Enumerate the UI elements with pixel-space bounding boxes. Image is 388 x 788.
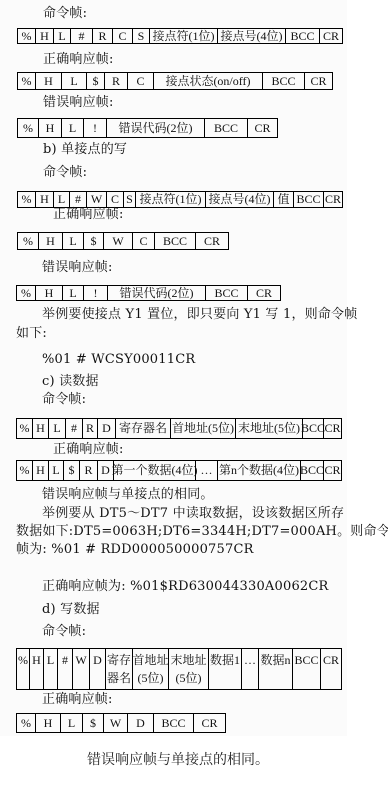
section-heading-read-data: c) 读数据 <box>42 374 99 390</box>
cell-text: # <box>62 652 68 670</box>
frame-cell: # <box>70 192 87 207</box>
frame-cell: H <box>33 461 49 480</box>
correct-response-label: 正确响应帧: <box>53 442 124 458</box>
cell-text: L <box>47 652 54 670</box>
frame-cell: W <box>104 233 133 249</box>
frame-cell: % <box>17 649 30 689</box>
frame-cell: # <box>71 29 93 43</box>
error-response-note: 错误响应帧与单接点的相同。 <box>87 752 269 768</box>
frame-cell: % <box>18 119 39 137</box>
frame-cell: R <box>105 73 128 89</box>
frame-cell: L <box>63 286 84 300</box>
command-frame-label: 命令帧: <box>43 6 87 22</box>
frame-cell: $ <box>84 233 104 249</box>
frame-cell: H <box>36 73 62 89</box>
example-paragraph-line: 如下: <box>16 326 47 342</box>
frame-cell: H <box>36 29 54 43</box>
frame-cell: BCC <box>293 649 321 689</box>
frame-cell: C <box>113 29 133 43</box>
frame-cell: $ <box>87 73 105 89</box>
frame-cell: BCC <box>154 714 194 732</box>
cell-text: % <box>18 652 28 670</box>
cell-text: (5位) <box>138 670 164 688</box>
cell-text: H <box>32 652 41 670</box>
frame-cell: … <box>242 649 259 689</box>
frame-cell: D <box>128 714 154 732</box>
frame-cell: H <box>30 649 44 689</box>
cell-text: CR <box>323 652 339 670</box>
document-page: 命令帧: % H L # R C S 接点符(1位) 接点号(4位) BCC C… <box>0 0 347 736</box>
cell-text: D <box>93 652 102 670</box>
frame-cell: R <box>83 419 98 438</box>
frame-cell: L <box>44 649 58 689</box>
frame-cell: C <box>107 192 124 207</box>
frame-cell: H <box>36 286 63 300</box>
frame-cell: 寄存器名 <box>116 419 171 438</box>
frame-cell: W <box>104 714 128 732</box>
frame-cell: % <box>18 192 36 207</box>
frame-cell: D <box>98 419 116 438</box>
frame-cell: L <box>61 714 83 732</box>
error-response-note: 错误响应帧与单接点的相同。 <box>42 487 214 503</box>
frame-cell: % <box>17 286 36 300</box>
frame-cell: BCC <box>263 73 305 89</box>
frame-cell: W <box>87 192 107 207</box>
section-heading-single-contact-write: b) 单接点的写 <box>43 142 127 158</box>
frame-cell: BCC <box>205 119 248 137</box>
frame-cell: L <box>62 119 84 137</box>
example-paragraph-line: 举例要使接点 Y1 置位，即只要向 Y1 写 1，则命令帧 <box>42 307 357 323</box>
frame-cell: BCC <box>301 461 324 480</box>
frame-cell: S <box>133 29 150 43</box>
single-contact-read-response-frame: % H L $ R C 接点状态(on/off) BCC CR <box>17 72 333 90</box>
cell-text: 首地址 <box>133 652 169 670</box>
error-response-label: 错误响应帧: <box>43 95 114 111</box>
frame-cell: 接点状态(on/off) <box>154 73 263 89</box>
single-contact-read-command-frame: % H L # R C S 接点符(1位) 接点号(4位) BCC CR <box>17 28 343 44</box>
write-data-response-frame: % H L $ W D BCC CR <box>16 713 226 733</box>
frame-cell: S <box>124 192 136 207</box>
example-paragraph-line: 帧为: %01 # RDD000050000757CR <box>16 542 254 558</box>
frame-cell: L <box>54 29 71 43</box>
frame-cell: L <box>62 73 87 89</box>
cell-text: … <box>244 652 256 670</box>
frame-cell: CR <box>194 714 226 732</box>
frame-cell: ! <box>84 119 107 137</box>
frame-cell: 值 <box>274 192 294 207</box>
frame-cell: W <box>73 649 90 689</box>
frame-cell: BCC <box>294 192 324 207</box>
frame-cell: ! <box>84 286 108 300</box>
frame-cell: 接点符(1位) <box>150 29 218 43</box>
example-response-code: 正确响应帧为: %01$RD630044330A0062CR <box>42 579 329 595</box>
frame-cell: CR <box>248 119 278 137</box>
frame-cell: % <box>17 461 33 480</box>
command-frame-label: 命令帧: <box>43 165 87 181</box>
frame-cell: 错误代码(2位) <box>107 119 205 137</box>
frame-cell: % <box>18 73 36 89</box>
correct-response-label: 正确响应帧: <box>43 52 114 68</box>
frame-cell: BCC <box>206 286 248 300</box>
frame-cell: BCC <box>155 233 196 249</box>
cell-text: 数据1 <box>210 652 240 670</box>
frame-cell: % <box>17 714 36 732</box>
command-frame-label: 命令帧: <box>42 624 86 640</box>
frame-cell: # <box>66 419 83 438</box>
frame-cell: CR <box>324 461 342 480</box>
frame-cell: 寄存 器名 <box>106 649 133 689</box>
frame-cell: % <box>18 233 39 249</box>
cell-text: 末地址 <box>170 652 206 670</box>
frame-cell: 数据1 <box>209 649 242 689</box>
correct-response-label: 正确响应帧: <box>53 207 124 223</box>
frame-cell: D <box>90 649 106 689</box>
frame-cell: H <box>39 233 63 249</box>
command-frame-label: 命令帧: <box>42 392 86 408</box>
frame-cell: # <box>58 649 73 689</box>
example-paragraph-line: 举例要从 DT5～DT7 中读取数据，设该数据区所存 <box>42 506 344 522</box>
frame-cell: 接点号(4位) <box>218 29 286 43</box>
frame-cell: 第n个数据(4位) <box>218 461 301 480</box>
frame-cell: CR <box>196 233 229 249</box>
error-response-label: 错误响应帧: <box>42 260 113 276</box>
frame-cell: L <box>54 192 70 207</box>
frame-cell: C <box>128 73 154 89</box>
frame-cell: 错误代码(2位) <box>108 286 206 300</box>
frame-cell: CR <box>324 192 343 207</box>
read-data-command-frame: % H L # R D 寄存器名 首地址(5位) 末地址(5位) BCC CR <box>16 418 342 439</box>
frame-cell: C <box>133 233 155 249</box>
cell-text: BCC <box>294 652 318 670</box>
frame-cell: H <box>36 714 61 732</box>
frame-cell: H <box>36 192 54 207</box>
frame-cell: CR <box>248 286 281 300</box>
cell-text: W <box>75 652 86 670</box>
cell-text: (5位) <box>176 670 202 688</box>
frame-cell: $ <box>64 461 80 480</box>
single-contact-write-response-frame: % H L $ W C BCC CR <box>17 232 229 250</box>
frame-cell: 首地址 (5位) <box>133 649 169 689</box>
frame-cell: CR <box>320 29 343 43</box>
cell-text: 寄存 <box>107 652 131 670</box>
read-data-response-frame: % H L $ R D 第一个数据(4位) … 第n个数据(4位) BCC CR <box>16 460 342 481</box>
frame-cell: 数据n <box>259 649 293 689</box>
section-heading-write-data: d) 写数据 <box>42 602 100 618</box>
frame-cell: 接点符(1位) <box>136 192 206 207</box>
frame-cell: R <box>80 461 98 480</box>
frame-cell: 末地址(5位) <box>236 419 303 438</box>
frame-cell: $ <box>83 714 104 732</box>
frame-cell: % <box>17 419 33 438</box>
frame-cell: 接点号(4位) <box>206 192 274 207</box>
single-contact-read-error-frame: % H L ! 错误代码(2位) BCC CR <box>17 118 278 138</box>
frame-cell: BCC <box>303 419 324 438</box>
example-paragraph-line: 数据如下:DT5=0063H;DT6=3344H;DT7=000AH。则命令 <box>16 524 388 540</box>
frame-cell: … <box>196 461 218 480</box>
write-data-command-frame: % H L # W D 寄存 器名 首地址 (5位) 末地址 (5位) 数据1 … <box>16 648 342 690</box>
cell-text: 器名 <box>107 670 131 688</box>
frame-cell: 首地址(5位) <box>171 419 236 438</box>
frame-cell: L <box>49 461 64 480</box>
frame-cell: L <box>63 233 84 249</box>
single-contact-write-error-frame: % H L ! 错误代码(2位) BCC CR <box>16 285 281 301</box>
frame-cell: BCC <box>286 29 320 43</box>
single-contact-write-command-frame: % H L # W C S 接点符(1位) 接点号(4位) 值 BCC CR <box>17 191 343 208</box>
cell-text: 数据n <box>260 652 290 670</box>
correct-response-label: 正确响应帧: <box>42 692 113 708</box>
frame-cell: % <box>18 29 36 43</box>
frame-cell: R <box>93 29 113 43</box>
frame-cell: 末地址 (5位) <box>169 649 209 689</box>
frame-cell: 第一个数据(4位) <box>114 461 196 480</box>
frame-cell: CR <box>321 649 342 689</box>
frame-cell: CR <box>324 419 342 438</box>
frame-cell: CR <box>305 73 333 89</box>
frame-cell: H <box>33 419 49 438</box>
frame-cell: L <box>49 419 66 438</box>
example-command-code: %01 # WCSY00011CR <box>42 352 195 368</box>
frame-cell: H <box>39 119 62 137</box>
